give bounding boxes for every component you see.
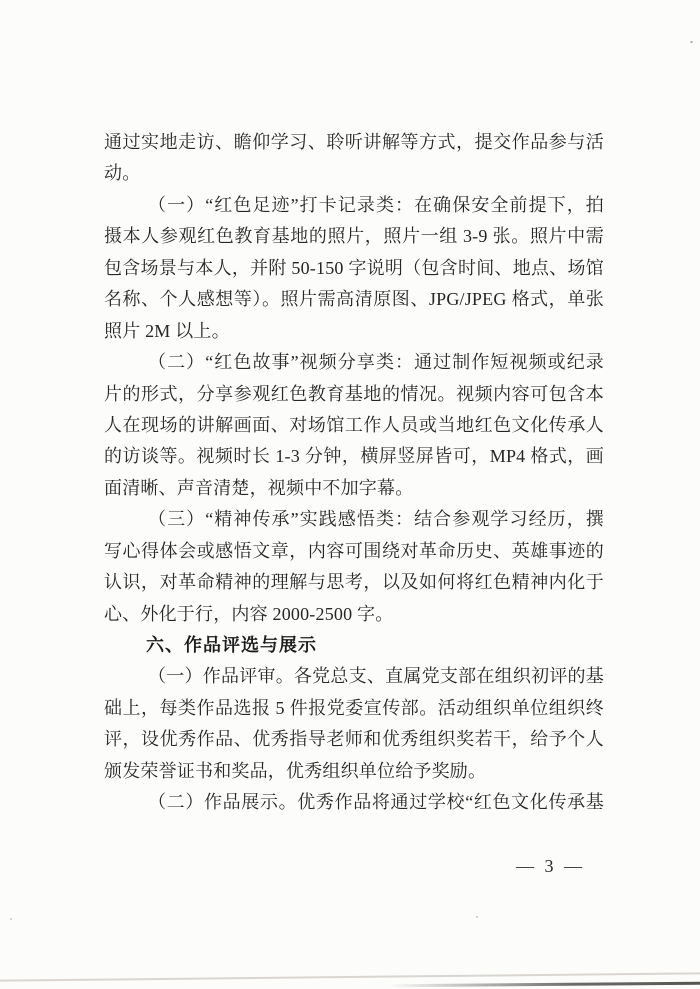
text-line: 础上，每类作品选报 5 件报党委宣传部。活动组织单位组织终: [104, 693, 604, 724]
text-line: 人在现场的讲解画面、对场馆工作人员或当地红色文化传承人: [104, 410, 604, 441]
text-line: 颁发荣誉证书和奖品，优秀组织单位给予奖励。: [104, 756, 604, 787]
text-line: （二）“红色故事”视频分享类：通过制作短视频或纪录: [104, 347, 604, 378]
text-line: （二）作品展示。优秀作品将通过学校“红色文化传承基: [104, 787, 604, 818]
scan-speck: [690, 41, 693, 43]
text-line: 心、外化于行，内容 2000-2500 字。: [104, 599, 604, 630]
text-line: 摄本人参观红色教育基地的照片，照片一组 3-9 张。照片中需: [104, 221, 604, 252]
text-line: 写心得体会或感悟文章，内容可围绕对革命历史、英雄事迹的: [104, 536, 604, 567]
text-line: 名称、个人感想等）。照片需高清原图、JPG/JPEG 格式，单张: [104, 284, 604, 315]
page-number: — 3 —: [516, 852, 585, 880]
text-line: （一）“红色足迹”打卡记录类：在确保安全前提下，拍: [104, 190, 604, 221]
text-line: 认识，对革命精神的理解与思考，以及如何将红色精神内化于: [104, 567, 604, 598]
text-line: 照片 2M 以上。: [104, 316, 604, 347]
text-line: 的访谈等。视频时长 1-3 分钟，横屏竖屏皆可，MP4 格式，画: [104, 441, 604, 472]
text-line: 动。: [104, 158, 604, 189]
scan-edge-shadow-dark: [388, 982, 700, 987]
text-line: 评，设优秀作品、优秀指导老师和优秀组织奖若干，给予个人: [104, 724, 604, 755]
scan-edge-shadow-light: [0, 972, 700, 981]
scan-speck: [476, 916, 478, 918]
document-text-block: 通过实地走访、瞻仰学习、聆听讲解等方式，提交作品参与活 动。 （一）“红色足迹”…: [104, 127, 604, 819]
section-heading: 六、作品评选与展示: [104, 630, 604, 661]
text-line: 面清晰、声音清楚，视频中不加字幕。: [104, 473, 604, 504]
text-line: （一）作品评审。各党总支、直属党支部在组织初评的基: [104, 661, 604, 692]
text-line: 包含场景与本人，并附 50-150 字说明（包含时间、地点、场馆: [104, 253, 604, 284]
scan-speck: [10, 918, 12, 920]
text-line: （三）“精神传承”实践感悟类：结合参观学习经历，撰: [104, 504, 604, 535]
text-line: 片的形式，分享参观红色教育基地的情况。视频内容可包含本: [104, 379, 604, 410]
text-line: 通过实地走访、瞻仰学习、聆听讲解等方式，提交作品参与活: [104, 127, 604, 158]
scanned-document-page: 通过实地走访、瞻仰学习、聆听讲解等方式，提交作品参与活 动。 （一）“红色足迹”…: [0, 0, 700, 989]
